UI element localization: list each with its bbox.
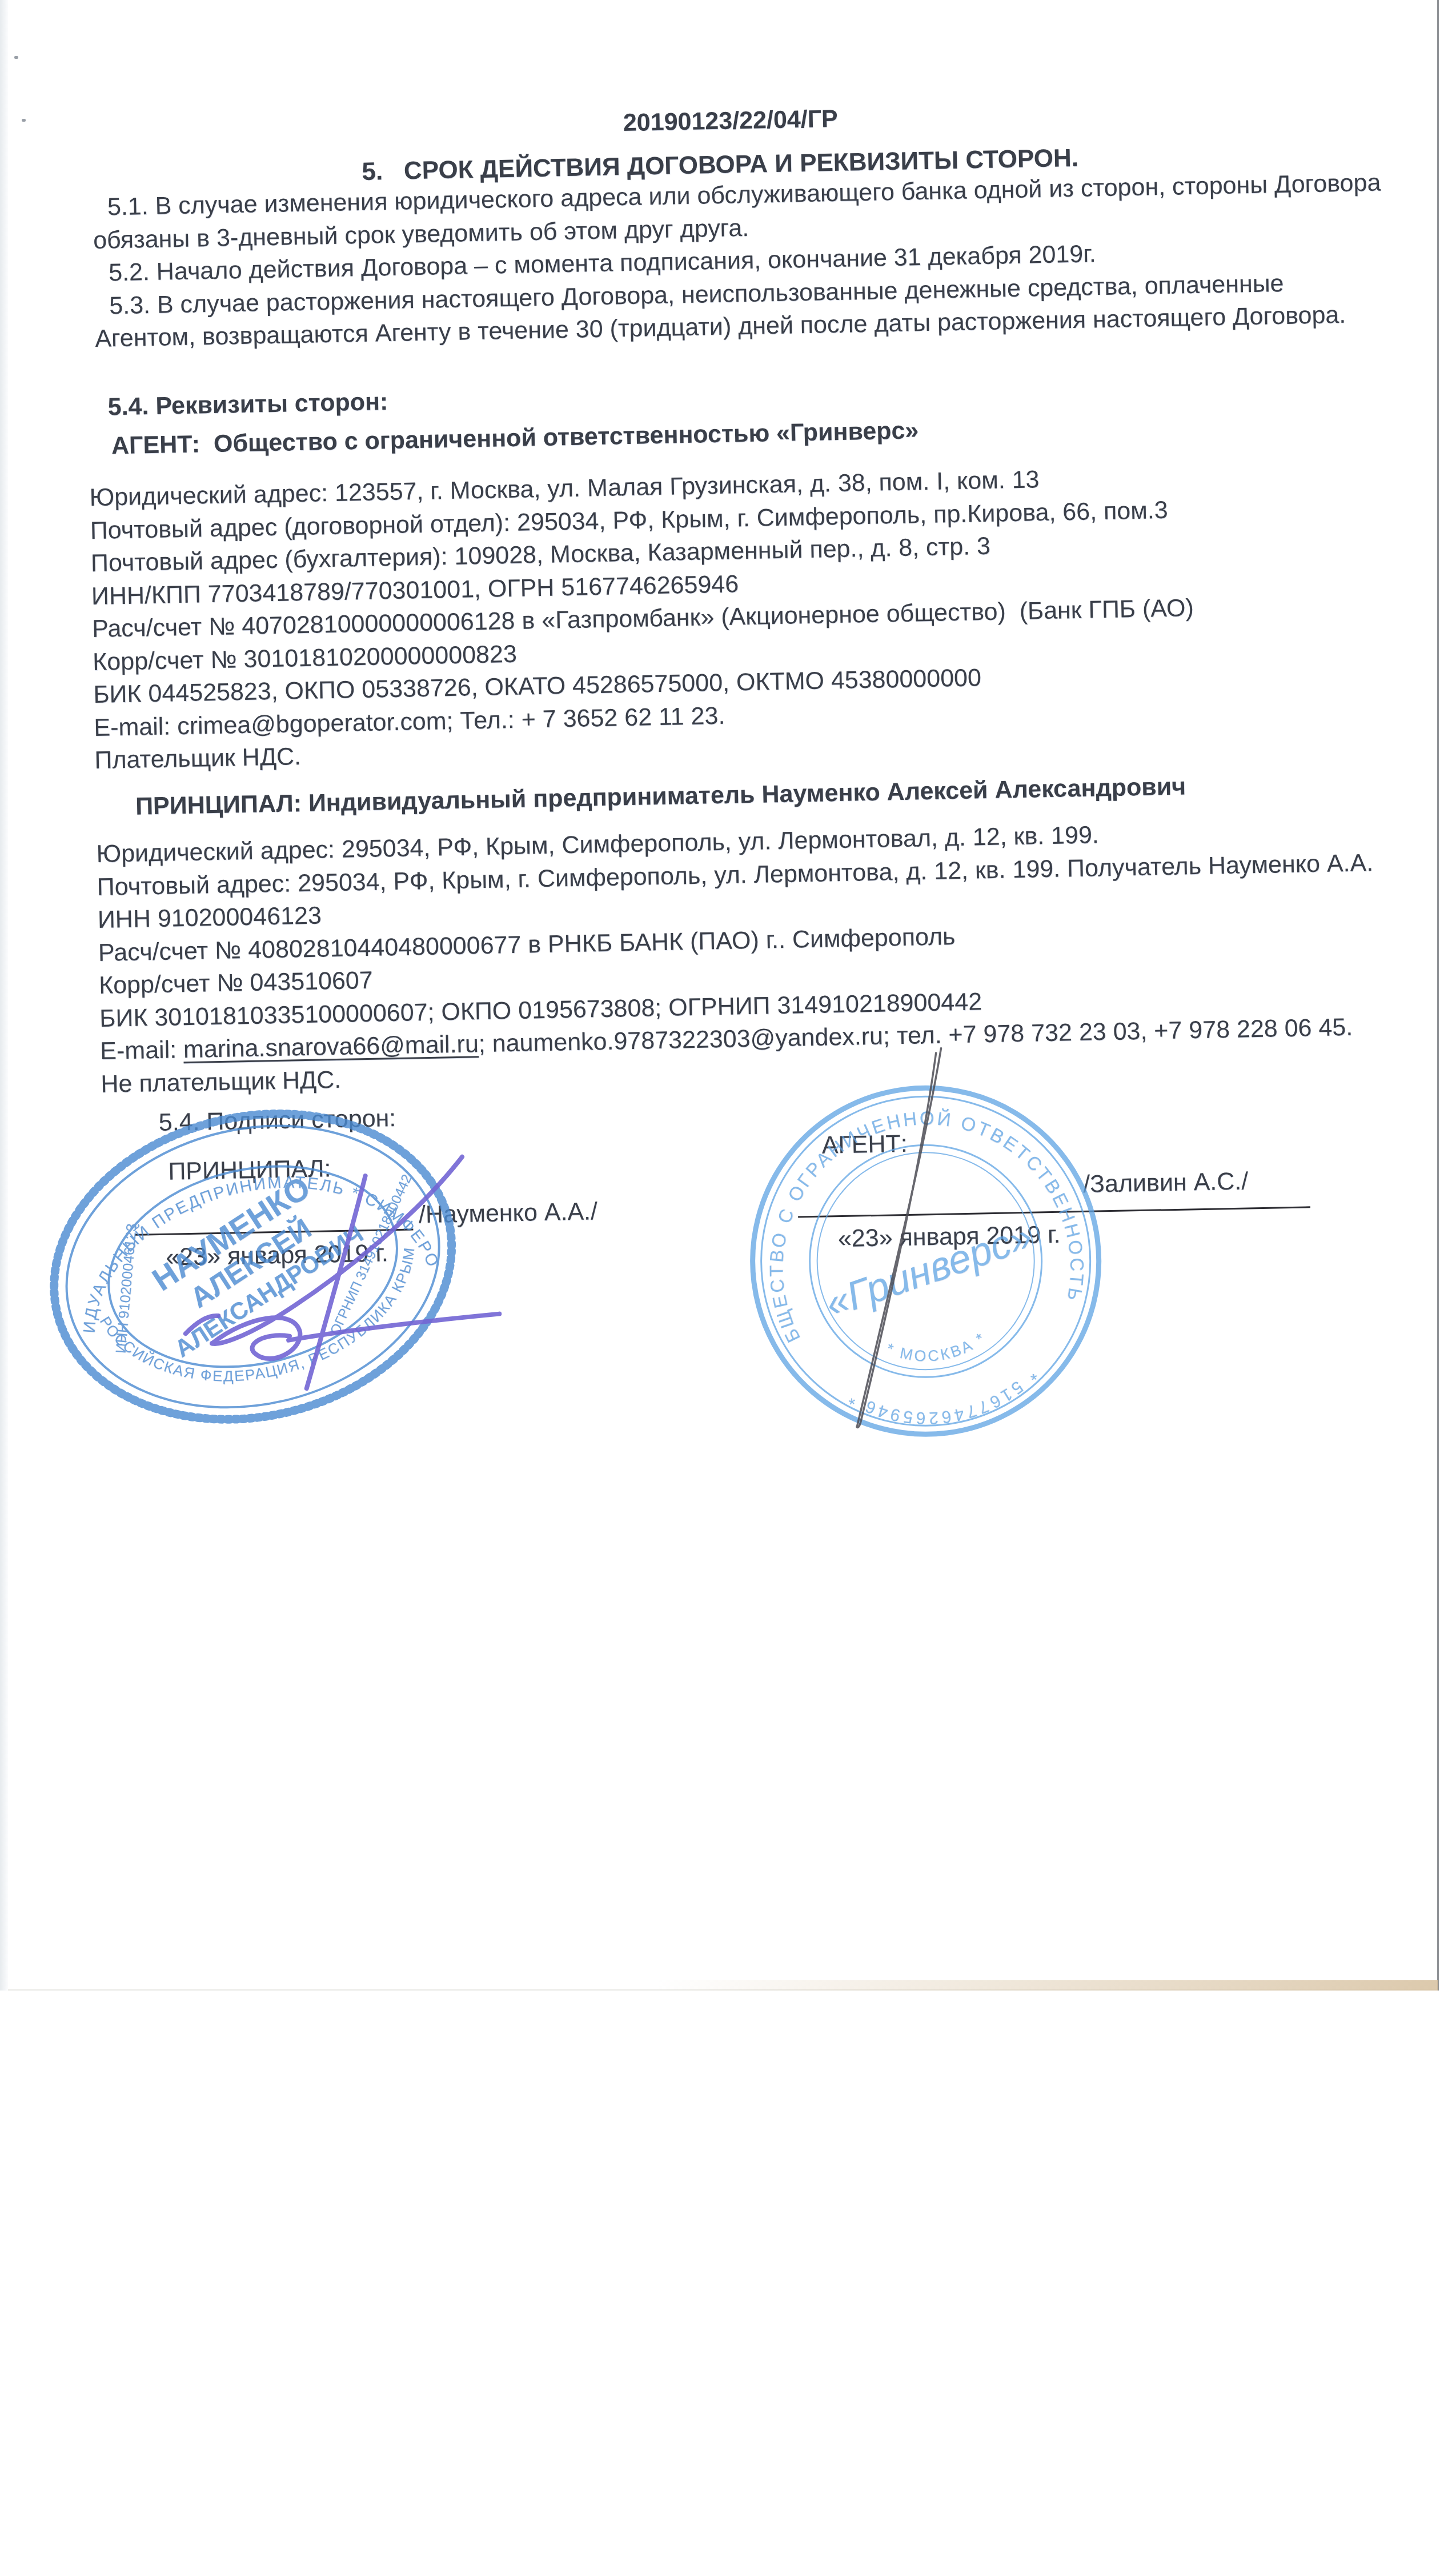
requisites-heading: 5.4. Реквизиты сторон: [107, 388, 388, 421]
agent-heading: АГЕНТ: Общество с ограниченной ответстве… [111, 417, 919, 460]
principal-email-primary: marina.snarova66@mail.ru [183, 1030, 479, 1063]
agent-requisites: Юридический адрес: 123557, г. Москва, ул… [89, 460, 1197, 777]
signature-stroke [185, 1316, 219, 1333]
pen-stroke-line [850, 1048, 949, 1427]
principal-requisites: Юридический адрес: 295034, РФ, Крым, Сим… [96, 814, 1377, 1101]
email-prefix: E-mail: [100, 1036, 184, 1065]
agent-pen-stroke [819, 1043, 986, 1445]
principal-handwritten-signature [97, 1138, 547, 1409]
signature-stroke [208, 1157, 466, 1344]
scanned-contract-page: 20190123/22/04/ГР 5. СРОК ДЕЙСТВИЯ ДОГОВ… [0, 0, 1456, 1999]
contract-clauses: 5.1. В случае изменения юридического адр… [92, 166, 1391, 355]
principal-heading: ПРИНЦИПАЛ: Индивидуальный предпринимател… [135, 772, 1186, 820]
signature-stroke [303, 1176, 370, 1388]
